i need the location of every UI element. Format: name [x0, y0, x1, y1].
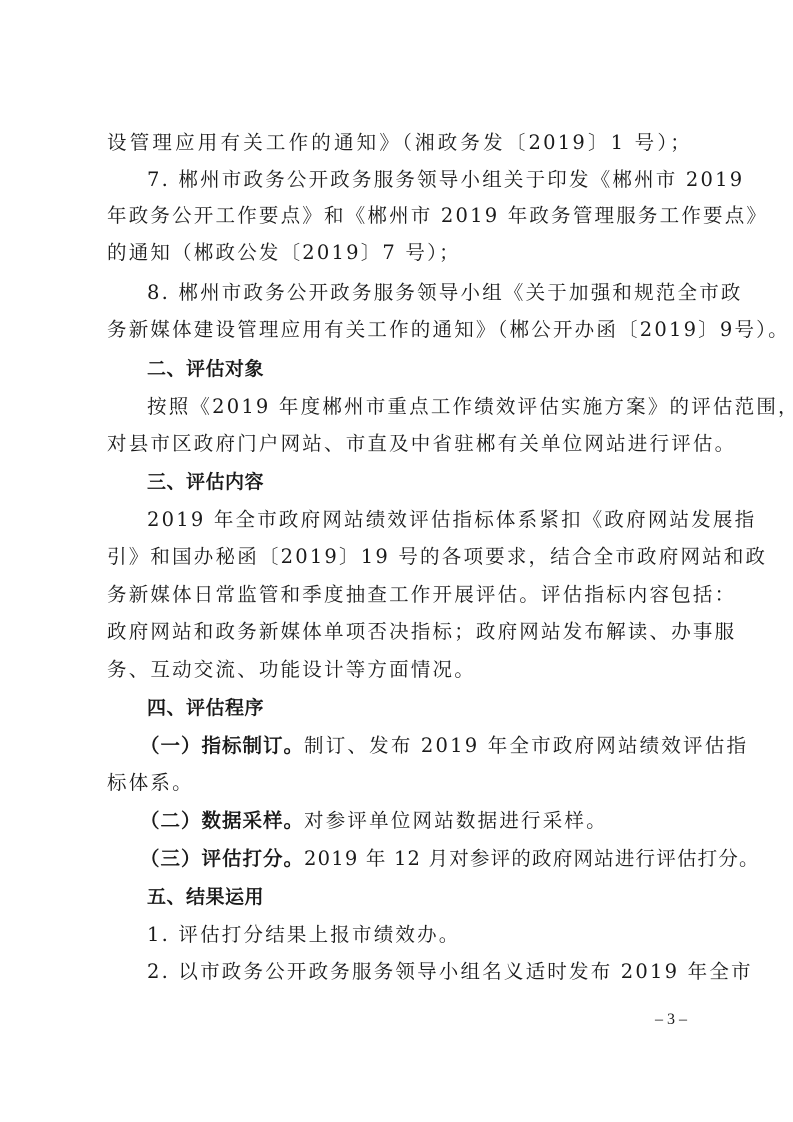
body-line: 2019 年全市政府网站绩效评估指标体系紧扣《政府网站发展指	[147, 508, 692, 532]
body-line: 务新媒体建设管理应用有关工作的通知》（郴公开办函〔2019〕9号）。	[107, 318, 692, 342]
body-line: 年政务公开工作要点》和《郴州市 2019 年政务管理服务工作要点》	[107, 204, 692, 228]
section-heading-evaluation-target: 二、评估对象	[147, 357, 692, 381]
body-line: 的通知（郴政公发〔2019〕7 号）；	[107, 241, 692, 265]
result-item-1: 1. 评估打分结果上报市绩效办。	[147, 923, 692, 947]
page-number: – 3 –	[655, 1010, 687, 1030]
procedure-item-2: （二）数据采样。对参评单位网站数据进行采样。	[140, 809, 685, 833]
body-line: 政府网站和政务新媒体单项否决指标；政府网站发布解读、办事服	[107, 620, 692, 644]
list-item-8: 8. 郴州市政务公开政务服务领导小组《关于加强和规范全市政	[147, 281, 692, 305]
section-heading-evaluation-content: 三、评估内容	[147, 470, 692, 494]
procedure-item-label: （二）数据采样。	[140, 809, 304, 832]
document-page: 设管理应用有关工作的通知》（湘政务发〔2019〕1 号）； 7. 郴州市政务公开…	[0, 0, 793, 1122]
procedure-item-label: （一）指标制订。	[140, 734, 304, 757]
body-line: 设管理应用有关工作的通知》（湘政务发〔2019〕1 号）；	[107, 131, 692, 155]
section-heading-result-application: 五、结果运用	[147, 885, 692, 909]
procedure-item-1: （一）指标制订。制订、发布 2019 年全市政府网站绩效评估指	[140, 734, 685, 758]
procedure-item-text: 2019 年 12 月对参评的政府网站进行评估打分。	[304, 847, 760, 870]
procedure-item-text: 制订、发布 2019 年全市政府网站绩效评估指	[304, 734, 748, 757]
body-line: 务新媒体日常监管和季度抽查工作开展评估。评估指标内容包括：	[107, 583, 692, 607]
list-item-7: 7. 郴州市政务公开政务服务领导小组关于印发《郴州市 2019	[147, 168, 692, 192]
section-heading-evaluation-procedure: 四、评估程序	[147, 696, 692, 720]
procedure-item-text: 对参评单位网站数据进行采样。	[304, 809, 608, 832]
body-line: 按照《2019 年度郴州市重点工作绩效评估实施方案》的评估范围，	[147, 395, 692, 419]
body-line: 务、互动交流、功能设计等方面情况。	[107, 658, 692, 682]
procedure-item-3: （三）评估打分。2019 年 12 月对参评的政府网站进行评估打分。	[140, 847, 685, 871]
body-line: 标体系。	[107, 771, 692, 795]
body-line: 引》和国办秘函〔2019〕19 号的各项要求，结合全市政府网站和政	[107, 545, 692, 569]
body-line: 对县市区政府门户网站、市直及中省驻郴有关单位网站进行评估。	[107, 432, 692, 456]
procedure-item-label: （三）评估打分。	[140, 847, 304, 870]
result-item-2: 2. 以市政务公开政务服务领导小组名义适时发布 2019 年全市	[147, 960, 692, 984]
